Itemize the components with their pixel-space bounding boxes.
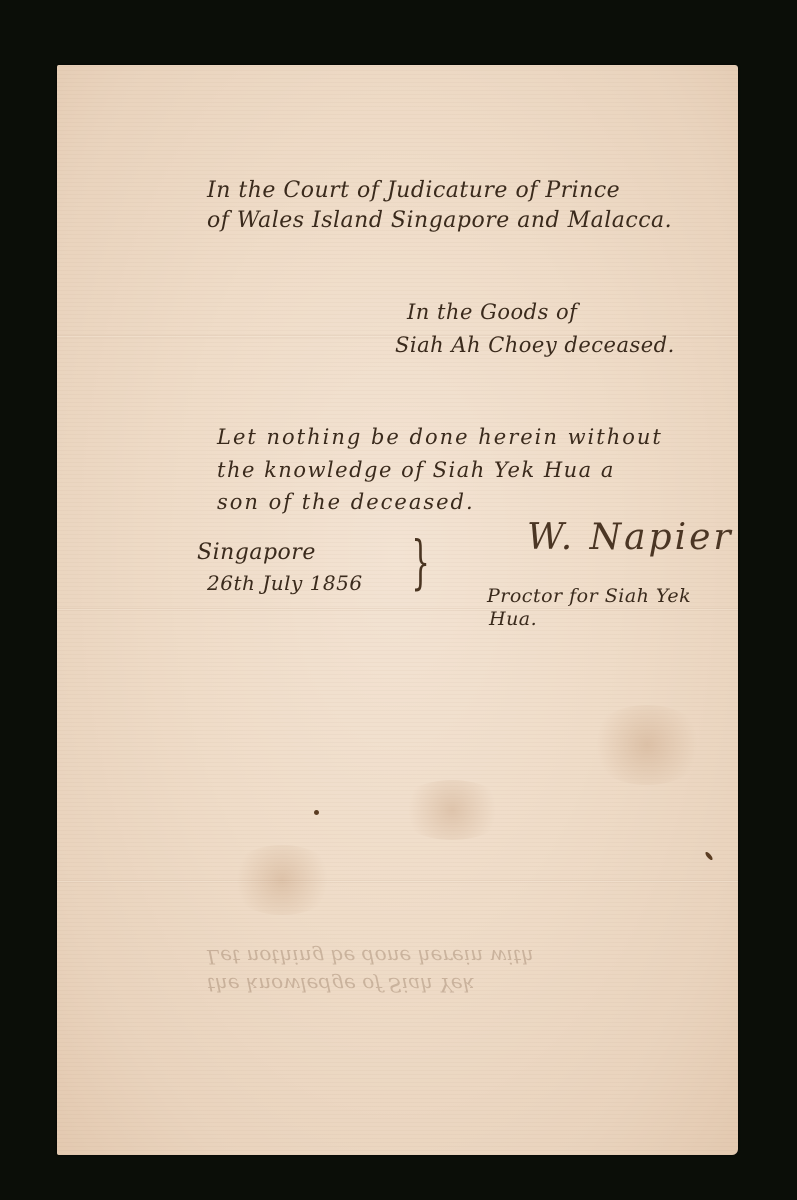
court-heading-line2: of Wales Island Singapore and Malacca. <box>207 208 672 233</box>
fold-line <box>57 880 738 883</box>
date: 26th July 1856 <box>207 571 363 595</box>
brace-mark: } <box>411 533 430 591</box>
bleed-through-line1: Let nothing be done herein with <box>207 945 534 969</box>
matter-line1: In the Goods of <box>407 300 577 324</box>
body-line1: Let nothing be done herein without <box>217 425 663 449</box>
ink-spot <box>314 810 319 815</box>
document-page: In the Court of Judicature of Prince of … <box>57 65 738 1155</box>
body-line3: son of the deceased. <box>217 490 475 514</box>
body-line2: the knowledge of Siah Yek Hua a <box>217 458 615 482</box>
fold-line <box>57 608 738 611</box>
bleed-through-line2: the knowledge of Siah Yek <box>207 973 475 997</box>
signature: W. Napier <box>527 517 734 558</box>
signature-title-line2: Hua. <box>489 608 537 630</box>
place: Singapore <box>197 540 316 565</box>
stain <box>227 845 337 915</box>
stain <box>587 705 707 785</box>
stain <box>397 780 507 840</box>
ink-spot <box>704 851 713 861</box>
court-heading-line1: In the Court of Judicature of Prince <box>207 178 620 203</box>
matter-line2: Siah Ah Choey deceased. <box>395 333 675 357</box>
signature-title-line1: Proctor for Siah Yek <box>487 585 691 607</box>
